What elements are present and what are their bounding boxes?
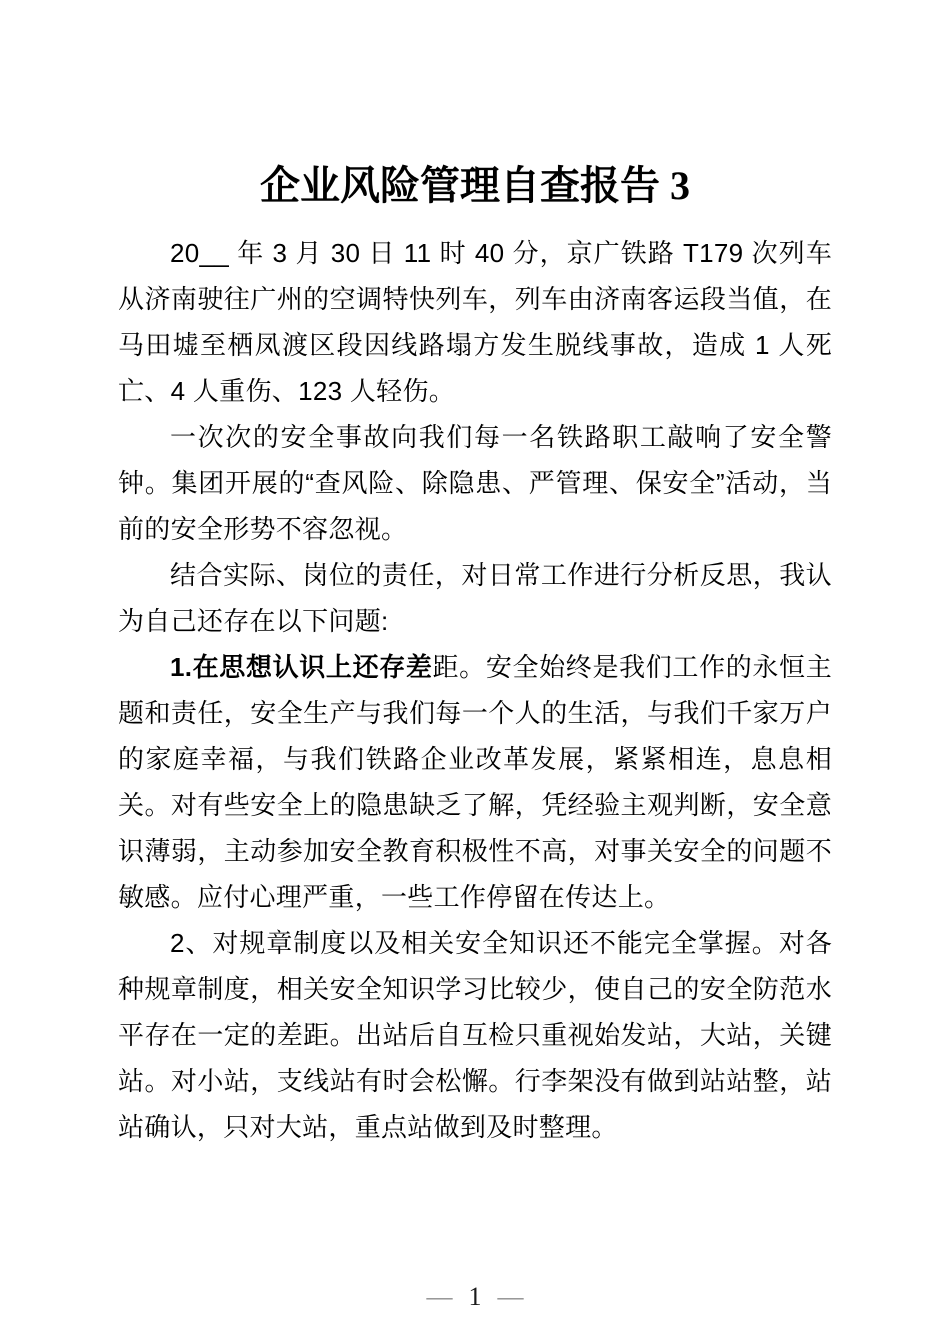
paragraph: 结合实际、岗位的责任，对日常工作进行分析反思，我认为自己还存在以下问题: (118, 552, 832, 644)
footer-page-number: 1 (469, 1284, 482, 1310)
paragraph-run: 距。安全始终是我们工作的永恒主题和责任，安全生产与我们每一个人的生活，与我们千家… (118, 652, 832, 912)
footer-dash-left: — (427, 1284, 453, 1310)
paragraph-run: 一次次的安全事故向我们每一名铁路职工敲响了安全警钟。集团开展的“查风险、除隐患、… (118, 422, 832, 544)
paragraph-run: 20__ 年 3 月 30 日 11 时 40 分，京广铁路 T179 次列车从… (118, 238, 832, 406)
paragraph-run: 结合实际、岗位的责任，对日常工作进行分析反思，我认为自己还存在以下问题: (118, 560, 832, 636)
page-footer: — 1 — (0, 1284, 950, 1310)
document-body: 20__ 年 3 月 30 日 11 时 40 分，京广铁路 T179 次列车从… (118, 230, 832, 1150)
document-page: 企业风险管理自查报告 3 20__ 年 3 月 30 日 11 时 40 分，京… (0, 0, 950, 1344)
paragraph-run-bold: 1.在思想认识上还存差 (170, 652, 433, 682)
paragraph: 20__ 年 3 月 30 日 11 时 40 分，京广铁路 T179 次列车从… (118, 230, 832, 414)
paragraph: 一次次的安全事故向我们每一名铁路职工敲响了安全警钟。集团开展的“查风险、除隐患、… (118, 414, 832, 552)
paragraph: 1.在思想认识上还存差距。安全始终是我们工作的永恒主题和责任，安全生产与我们每一… (118, 644, 832, 920)
paragraph-run: 2、对规章制度以及相关安全知识还不能完全掌握。对各种规章制度，相关安全知识学习比… (118, 928, 832, 1142)
document-title: 企业风险管理自查报告 3 (118, 158, 832, 214)
document-content: 企业风险管理自查报告 3 20__ 年 3 月 30 日 11 时 40 分，京… (118, 158, 832, 1150)
footer-dash-right: — (498, 1284, 524, 1310)
paragraph: 2、对规章制度以及相关安全知识还不能完全掌握。对各种规章制度，相关安全知识学习比… (118, 920, 832, 1150)
